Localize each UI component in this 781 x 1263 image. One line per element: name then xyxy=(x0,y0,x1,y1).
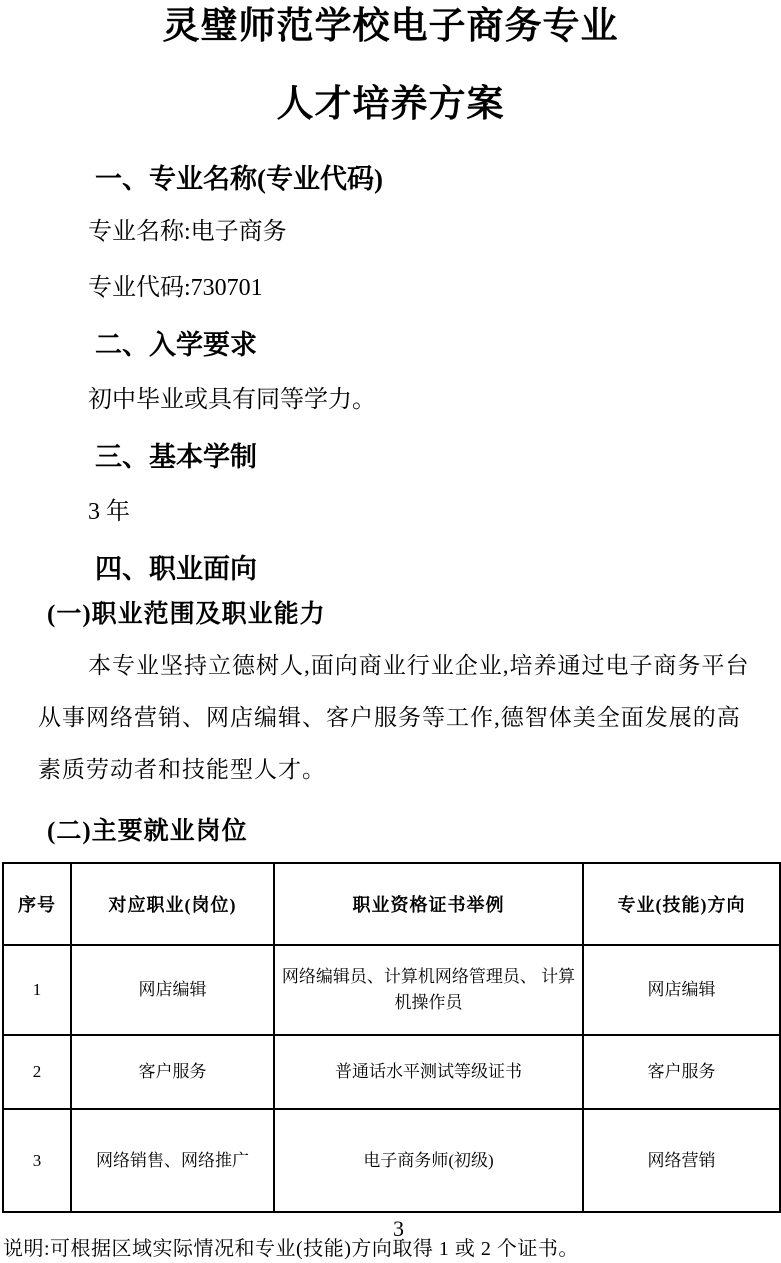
section3-heading: 三、基本学制 xyxy=(95,441,257,473)
table-header-row: 序号 对应职业(岗位) 职业资格证书举例 专业(技能)方向 xyxy=(3,863,780,945)
section1-heading: 一、专业名称(专业代码) xyxy=(95,163,383,195)
cell-row1-certificates: 网络编辑员、计算机网络管理员、 计算机操作员 xyxy=(274,945,583,1035)
document-title-line1: 灵璧师范学校电子商务专业 xyxy=(0,4,781,50)
cell-row3-job: 网络销售、网络推广 xyxy=(71,1109,274,1212)
cell-row1-job: 网店编辑 xyxy=(71,945,274,1035)
header-cell-direction: 专业(技能)方向 xyxy=(583,863,780,945)
cell-row2-direction: 客户服务 xyxy=(583,1035,780,1109)
cell-row2-job: 客户服务 xyxy=(71,1035,274,1109)
section4-heading: 四、职业面向 xyxy=(95,553,257,585)
table-row: 1 网店编辑 网络编辑员、计算机网络管理员、 计算机操作员 网店编辑 xyxy=(3,945,780,1035)
header-cell-cert: 职业资格证书举例 xyxy=(274,863,583,945)
schooling-years-line: 3 年 xyxy=(88,497,130,527)
table-row: 2 客户服务 普通话水平测试等级证书 客户服务 xyxy=(3,1035,780,1109)
career-scope-paragraph: 本专业坚持立德树人,面向商业行业企业,培养通过电子商务平台从事网络营销、网店编辑… xyxy=(38,640,758,796)
cell-row2-certificates: 普通话水平测试等级证书 xyxy=(274,1035,583,1109)
employment-positions-table: 序号 对应职业(岗位) 职业资格证书举例 专业(技能)方向 1 网店编辑 网络编… xyxy=(2,862,781,1213)
cell-row3-certificates: 电子商务师(初级) xyxy=(274,1109,583,1212)
cell-row3-direction: 网络营销 xyxy=(583,1109,780,1212)
cell-row3-no: 3 xyxy=(3,1109,71,1212)
cell-row2-no: 2 xyxy=(3,1035,71,1109)
major-code-line: 专业代码:730701 xyxy=(88,273,263,303)
document-title-line2: 人才培养方案 xyxy=(0,82,781,128)
major-name-line: 专业名称:电子商务 xyxy=(88,217,287,247)
admission-requirement-line: 初中毕业或具有同等学力。 xyxy=(88,385,376,415)
document-page: 灵璧师范学校电子商务专业 人才培养方案 一、专业名称(专业代码) 专业名称:电子… xyxy=(0,0,781,1263)
header-cell-job: 对应职业(岗位) xyxy=(71,863,274,945)
cell-row1-direction: 网店编辑 xyxy=(583,945,780,1035)
table-row: 3 网络销售、网络推广 电子商务师(初级) 网络营销 xyxy=(3,1109,780,1212)
cell-row1-no: 1 xyxy=(3,945,71,1035)
footnote: 说明:可根据区域实际情况和专业(技能)方向取得 1 或 2 个证书。 xyxy=(3,1237,579,1262)
section2-heading: 二、入学要求 xyxy=(95,329,257,361)
section4-sub2-heading: (二)主要就业岗位 xyxy=(47,816,248,847)
header-cell-no: 序号 xyxy=(3,863,71,945)
section4-sub1-heading: (一)职业范围及职业能力 xyxy=(47,599,326,630)
